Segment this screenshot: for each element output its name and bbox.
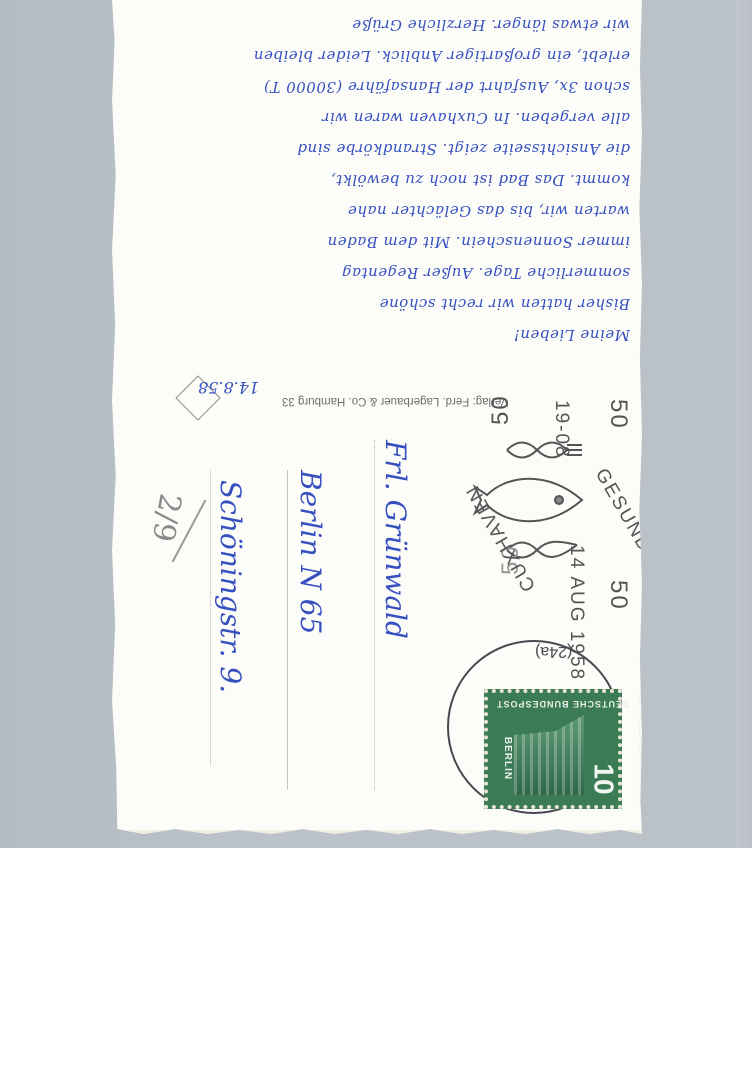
postmark: GESUNDHEIT 50 50 50 50 14 AUG 1958 19-08…: [467, 395, 617, 605]
stamp-country: DEUTSCHE BUNDESPOST: [496, 699, 630, 709]
message-line: schon 3x, Ausfahrt der Hansafähre (30000…: [126, 71, 630, 102]
pencil-note: 2/9: [145, 491, 188, 545]
postmark-frame-number: 50: [604, 580, 632, 611]
postcard: Meine Lieben! Bisher hatten wir recht sc…: [112, 0, 642, 834]
message-line: wir etwas länger. Herzliche Grüße: [126, 9, 630, 40]
handwritten-message: Meine Lieben! Bisher hatten wir recht sc…: [126, 0, 630, 350]
message-line: sommerliche Tage. Außer Regentag: [126, 257, 630, 288]
greeting: Meine Lieben!: [126, 319, 630, 350]
scanner-edge: [736, 0, 752, 848]
message-line: kommt. Das Bad ist noch zu bewölkt,: [126, 164, 630, 195]
stamp-denomination: 10: [588, 763, 620, 794]
scan-background: Meine Lieben! Bisher hatten wir recht sc…: [0, 0, 752, 848]
message-line: erlebt, ein großartiger Anblick. Leider …: [126, 40, 630, 71]
address-rule: [210, 470, 211, 765]
address-line: Berlin N 65: [294, 470, 327, 634]
message-line: warten wir, bis das Gelächter nahe: [126, 195, 630, 226]
date-note: 14.8.58: [198, 378, 259, 397]
address-line: Schöningstr. 9.: [214, 480, 247, 693]
postmark-frame-number: 50: [604, 399, 632, 430]
message-line: die Ansichtsseite zeigt. Strandkörbe sin…: [126, 133, 630, 164]
cancellation-code: (24a): [535, 642, 572, 660]
signature: Eure Ilse, Willy.: [126, 0, 630, 9]
postmark-time: 19-08: [550, 400, 572, 459]
stamp-city: BERLIN: [502, 737, 513, 780]
stamp-subject: KAISER-WILHELM-GEDÄCHTNISKIRCHE: [638, 688, 644, 803]
message-line: Bisher hatten wir recht schöne: [126, 288, 630, 319]
address-rule: [287, 470, 288, 790]
church-illustration-icon: [514, 715, 584, 795]
message-line: immer Sonnenschein. Mit dem Baden: [126, 226, 630, 257]
postmark-frame-number: 50: [487, 394, 515, 425]
address-rule: [374, 440, 375, 790]
postage-stamp: DEUTSCHE BUNDESPOST BERLIN KAISER-WILHEL…: [484, 689, 622, 809]
message-line: alle vergeben. In Cuxhaven waren wir: [126, 102, 630, 133]
address-line: Frl. Grünwald: [379, 440, 412, 639]
